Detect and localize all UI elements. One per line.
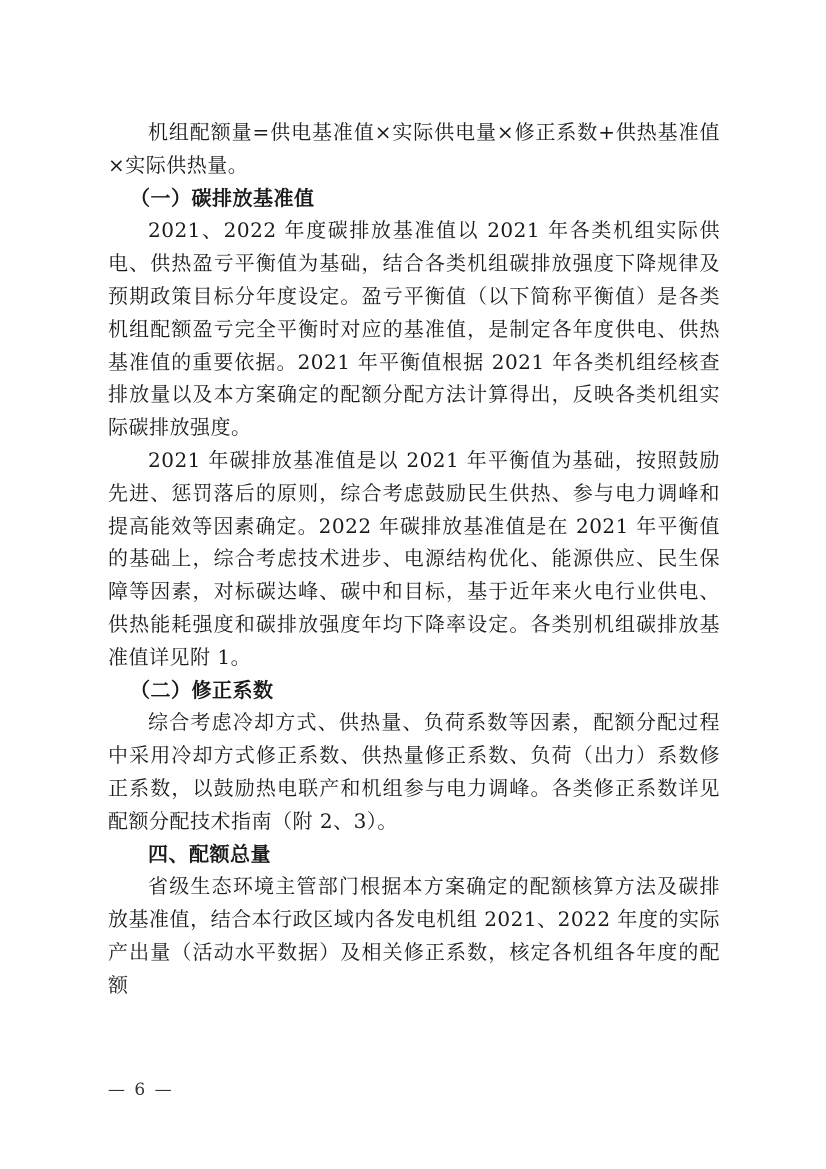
paragraph-correction-factor: 综合考虑冷却方式、供热量、负荷系数等因素，配额分配过程中采用冷却方式修正系数、供… xyxy=(108,706,720,837)
paragraph-baseline-2021-2022: 2021 年碳排放基准值是以 2021 年平衡值为基础，按照鼓励先进、惩罚落后的… xyxy=(108,444,720,674)
paragraph-total-quota: 省级生态环境主管部门根据本方案确定的配额核算方法及碳排放基准值，结合本行政区域内… xyxy=(108,870,720,1001)
formula-paragraph: 机组配额量=供电基准值×实际供电量×修正系数+供热基准值×实际供热量。 xyxy=(108,116,720,182)
subheading-correction-factor: （二）修正系数 xyxy=(108,674,720,707)
heading-total-quota: 四、配额总量 xyxy=(108,838,720,871)
subheading-carbon-baseline: （一）碳排放基准值 xyxy=(108,182,720,215)
document-body: 机组配额量=供电基准值×实际供电量×修正系数+供热基准值×实际供热量。 （一）碳… xyxy=(108,116,720,1002)
page-number: — 6 — xyxy=(108,1080,174,1100)
paragraph-baseline-setting: 2021、2022 年度碳排放基准值以 2021 年各类机组实际供电、供热盈亏平… xyxy=(108,214,720,444)
